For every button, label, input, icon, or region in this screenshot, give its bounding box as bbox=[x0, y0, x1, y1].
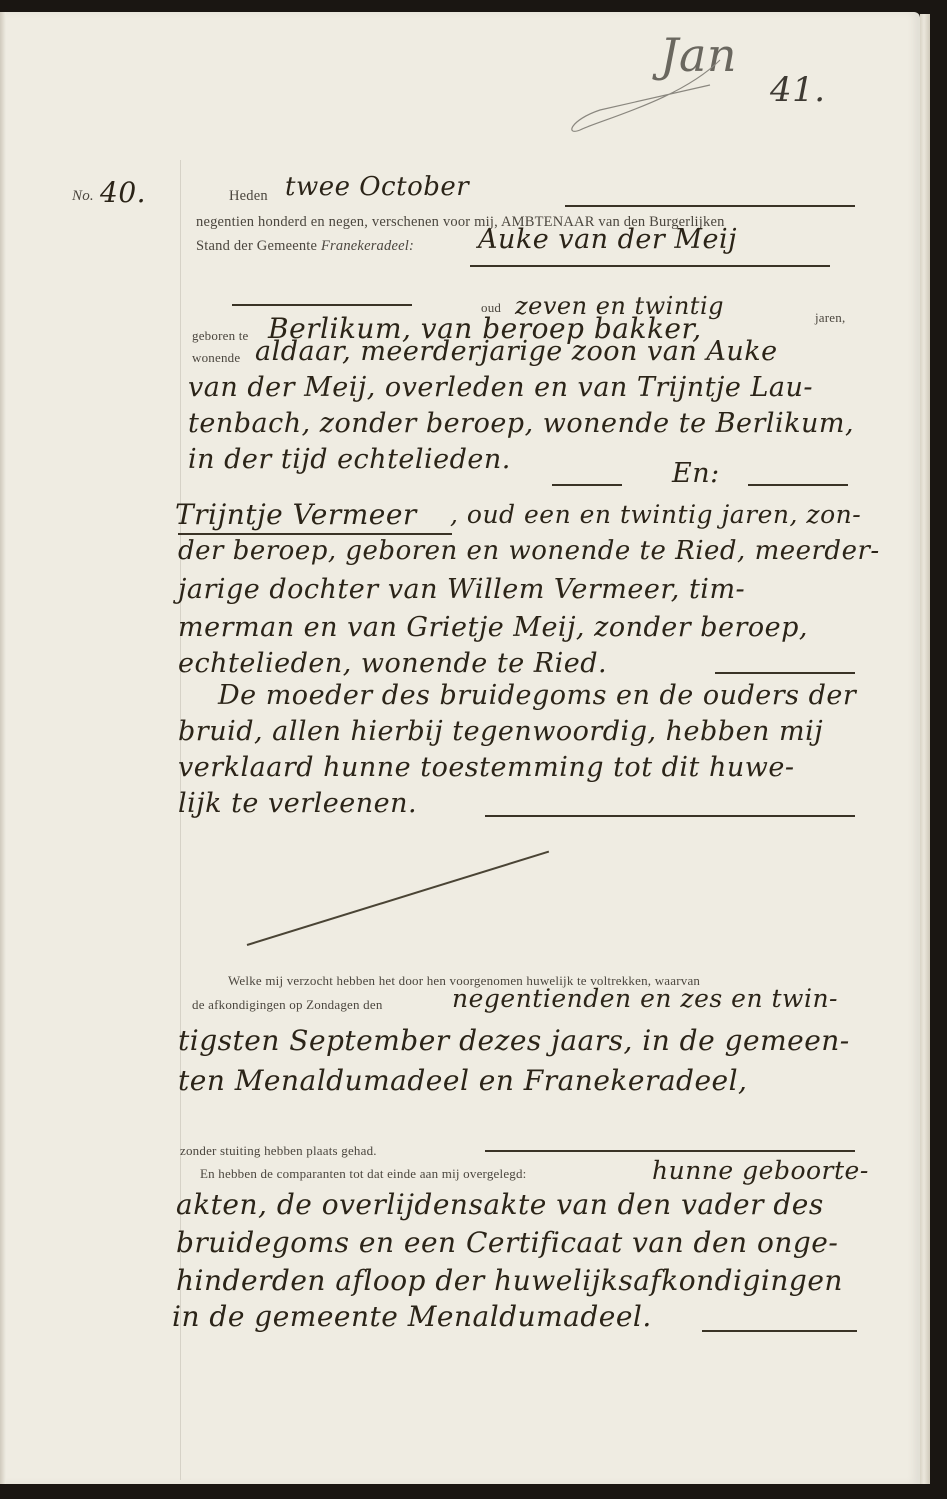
consent-line-3: verklaard hunne toestemming tot dit huwe… bbox=[178, 752, 794, 783]
banns-line-3: ten Menaldumadeel en Franekeradeel, bbox=[178, 1064, 747, 1097]
fill-rule bbox=[715, 672, 855, 674]
handwritten-line-c: in der tijd echtelieden. bbox=[188, 444, 511, 475]
record-number: 40. bbox=[100, 176, 146, 209]
printed-welke-line-2: de afkondigingen op Zondagen den bbox=[192, 997, 383, 1013]
folio-number: 41. bbox=[770, 70, 826, 110]
docs-line-4: hinderden afloop der huwelijksafkondigin… bbox=[176, 1264, 843, 1297]
docs-line-3: bruidegoms en een Certificaat van den on… bbox=[176, 1226, 838, 1259]
fill-rule bbox=[552, 484, 622, 486]
bride-line-4: merman en van Grietje Meij, zonder beroe… bbox=[178, 612, 808, 643]
docs-line-1: hunne geboorte- bbox=[652, 1156, 869, 1185]
banns-line-1: negentienden en zes en twin- bbox=[452, 984, 838, 1013]
handwritten-line-b: tenbach, zonder beroep, wonende te Berli… bbox=[188, 408, 854, 439]
bride-line-2: der beroep, geboren en wonende te Ried, … bbox=[178, 536, 880, 566]
bride-line-1: , oud een en twintig jaren, zon- bbox=[450, 500, 861, 529]
groom-name-underline bbox=[470, 265, 830, 267]
printed-wonende: wonende bbox=[192, 350, 240, 366]
municipality: Franekeradeel: bbox=[321, 238, 414, 254]
record-number-label: No. bbox=[72, 188, 94, 205]
groom-residence: aldaar, meerderjarige zoon van Auke bbox=[255, 336, 778, 367]
printed-line-3: Stand der Gemeente Franekeradeel: bbox=[196, 238, 414, 255]
bride-name: Trijntje Vermeer bbox=[175, 498, 417, 531]
printed-en-hebben: En hebben de comparanten tot dat einde a… bbox=[200, 1166, 527, 1182]
fill-rule bbox=[565, 205, 855, 207]
fill-rule bbox=[232, 304, 412, 306]
marriage-date: twee October bbox=[285, 172, 469, 202]
printed-jaren: jaren, bbox=[815, 310, 845, 326]
fill-rule bbox=[748, 484, 848, 486]
printed-heden: Heden bbox=[229, 188, 268, 205]
fill-rule bbox=[485, 1150, 855, 1152]
bride-name-underline bbox=[178, 533, 452, 535]
consent-line-4: lijk te verleenen. bbox=[178, 788, 417, 819]
printed-zonder-stuiting: zonder stuiting hebben plaats gehad. bbox=[180, 1143, 377, 1159]
docs-line-5: in de gemeente Menaldumadeel. bbox=[172, 1300, 652, 1333]
docs-line-2: akten, de overlijdensakte van den vader … bbox=[176, 1188, 824, 1221]
handwritten-en: En: bbox=[672, 458, 720, 489]
printed-geboren-te: geboren te bbox=[192, 328, 249, 344]
consent-line-2: bruid, allen hierbij tegenwoordig, hebbe… bbox=[178, 716, 823, 747]
banns-line-2: tigsten September dezes jaars, in de gem… bbox=[178, 1024, 850, 1057]
folio-flourish bbox=[560, 40, 760, 140]
page-edge bbox=[920, 14, 930, 1484]
handwritten-line-a: van der Meij, overleden en van Trijntje … bbox=[188, 372, 813, 403]
groom-name: Auke van der Meij bbox=[478, 224, 737, 255]
fill-rule bbox=[702, 1330, 857, 1332]
fill-rule bbox=[485, 815, 855, 817]
bride-line-3: jarige dochter van Willem Vermeer, tim- bbox=[178, 574, 745, 605]
consent-line-1: De moeder des bruidegoms en de ouders de… bbox=[218, 680, 856, 711]
bride-line-5: echtelieden, wonende te Ried. bbox=[178, 648, 607, 679]
page-binding-shadow bbox=[0, 12, 6, 1484]
